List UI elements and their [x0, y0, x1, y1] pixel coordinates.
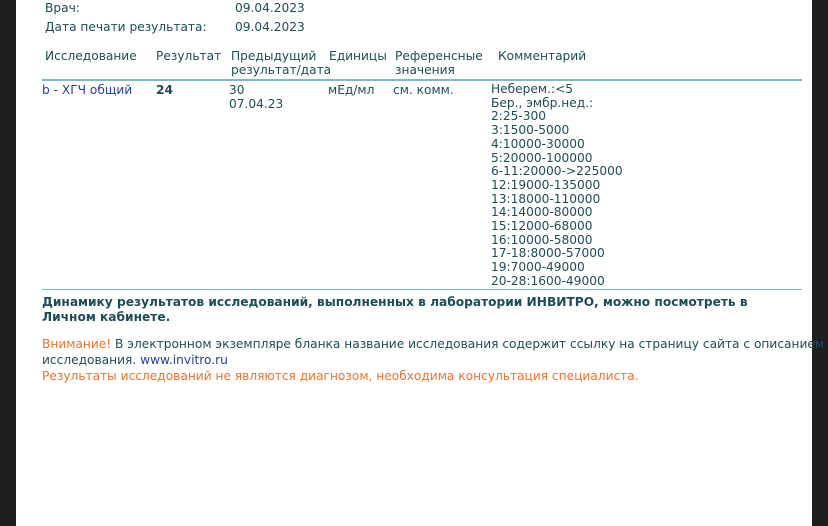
dynamics-notice: Динамику результатов исследований, выпол… — [42, 295, 748, 325]
header-divider — [42, 79, 802, 81]
comment-line: 15:12000-68000 — [491, 220, 593, 234]
dynamics-notice-line1: Динамику результатов исследований, выпол… — [42, 295, 748, 310]
comment-line: 12:19000-135000 — [491, 179, 600, 193]
header-test: Исследование — [45, 50, 137, 64]
warning-label: Внимание! — [42, 337, 111, 351]
comment-line: 14:14000-80000 — [491, 206, 593, 220]
comment-line: 3:1500-5000 — [491, 124, 569, 138]
warning-notice: Внимание! В электронном экземпляре бланк… — [42, 336, 824, 384]
invitro-website-link[interactable]: www.invitro.ru — [140, 353, 228, 367]
header-comment: Комментарий — [498, 50, 586, 64]
comment-line: 13:18000-110000 — [491, 193, 600, 207]
header-result: Результат — [156, 50, 221, 64]
comment-line: 5:20000-100000 — [491, 152, 593, 166]
header-previous-line1: Предыдущий — [231, 50, 316, 64]
lab-result-page: Врач: 09.04.2023 Дата печати результата:… — [16, 0, 812, 526]
header-units: Единицы — [329, 50, 387, 64]
dynamics-notice-line2: Личном кабинете. — [42, 310, 748, 325]
comment-line: 2:25-300 — [491, 110, 546, 124]
header-previous-line2: результат/дата — [231, 64, 331, 78]
comment-line: Бер., эмбр.нед.: — [491, 97, 593, 111]
print-date-value: 09.04.2023 — [235, 21, 305, 35]
comment-line: 20-28:1600-49000 — [491, 275, 605, 289]
doctor-value: 09.04.2023 — [235, 2, 305, 16]
header-reference-line2: значения — [395, 64, 455, 78]
comment-line: 19:7000-49000 — [491, 261, 585, 275]
comment-line: Неберем.:<5 — [491, 83, 573, 97]
reference-value: см. комм. — [393, 84, 454, 98]
test-name-link[interactable]: b - ХГЧ общий — [42, 84, 132, 98]
doctor-label: Врач: — [45, 2, 80, 16]
print-date-label: Дата печати результата: — [45, 21, 207, 35]
previous-result-value: 30 — [229, 84, 245, 98]
header-reference-line1: Референсные — [395, 50, 483, 64]
previous-result-date: 07.04.23 — [229, 98, 283, 112]
comment-line: 17-18:8000-57000 — [491, 247, 605, 261]
comment-line: 16:10000-58000 — [491, 234, 593, 248]
comment-line: 6-11:20000->225000 — [491, 165, 623, 179]
warning-text-line1: В электронном экземпляре бланка название… — [111, 337, 824, 351]
comment-line: 4:10000-30000 — [491, 138, 585, 152]
result-value: 24 — [156, 84, 173, 98]
units-value: мЕд/мл — [328, 84, 374, 98]
table-bottom-divider — [42, 289, 802, 291]
warning-text-line2: исследования. — [42, 353, 140, 367]
disclaimer-text: Результаты исследований не являются диаг… — [42, 368, 824, 384]
